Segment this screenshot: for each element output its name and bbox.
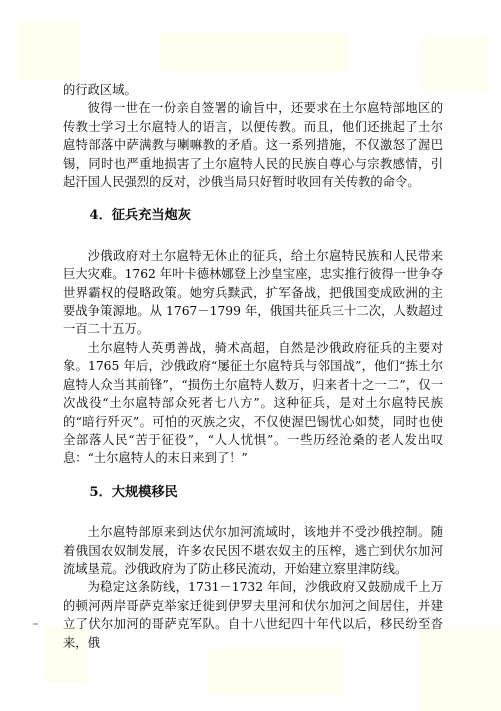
section-4-paragraph-2: 土尔扈特人英勇善战，骑术高超，自然是沙俄政府征兵的主要对象。1765 年后，沙俄… [63,339,443,468]
section-heading-4: 4．征兵充当炮灰 [63,207,443,225]
scan-stain-bottom-middle [207,648,345,695]
intro-paragraph: 彼得一世在一份亲自签署的谕旨中，还要求在土尔扈特部地区的传教士学习土尔扈特人的语… [63,99,443,191]
scan-stain-top-middle [160,33,350,72]
section-5-paragraph-1: 土尔扈特部原来到达伏尔加河流域时，该地并不受沙俄控制。随着俄国农奴制发展，许多农… [63,523,443,578]
scan-stain-top-left [18,22,80,80]
paragraph-continuation: 的行政区域。 [63,81,443,99]
section-4-paragraph-1: 沙俄政府对土尔扈特无休止的征兵，给土尔扈特民族和人民带来巨大灾难。1762 年叶… [63,247,443,339]
book-page: 的行政区域。 彼得一世在一份亲自签署的谕旨中，还要求在土尔扈特部地区的传教士学习… [0,0,501,711]
section-5-paragraph-2: 为稳定这条防线，1731－1732 年间，沙俄政府又鼓励成千上万的顿河两岸哥萨克… [63,578,443,652]
page-text: 的行政区域。 彼得一世在一份亲自签署的谕旨中，还要求在土尔扈特部地区的传教士学习… [63,81,443,652]
scan-dash-mark [33,623,38,625]
section-heading-5: 5．大规模移民 [63,484,443,502]
